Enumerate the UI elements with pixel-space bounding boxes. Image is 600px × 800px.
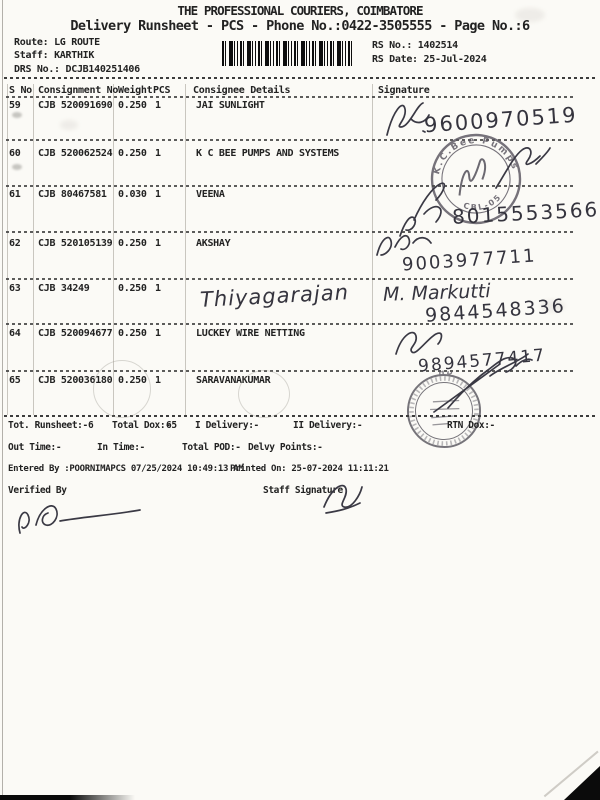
drs-line: DRS No.: DCJB140251406 bbox=[14, 64, 140, 76]
pencil-mark bbox=[12, 164, 22, 170]
dox-value: 65 bbox=[166, 421, 177, 432]
cell-consignee: VEENA bbox=[196, 189, 225, 201]
cell-sno: 63 bbox=[9, 283, 20, 295]
cell-weight: 0.250 bbox=[118, 238, 147, 250]
cell-weight: 0.250 bbox=[118, 100, 147, 112]
cell-consignment: CJB 520091690 bbox=[38, 100, 112, 112]
entered-by: Entered By :POORNIMAPCS 07/25/2024 10:49… bbox=[8, 464, 243, 474]
delivery2-label: II Delivery:- bbox=[293, 421, 362, 432]
stamp-ghost bbox=[238, 370, 290, 418]
runsheet-label: Tot. Runsheet:- bbox=[8, 421, 88, 432]
rs-no-value: 1402514 bbox=[418, 40, 458, 51]
cell-sno: 60 bbox=[9, 148, 20, 160]
page-subtitle: Delivery Runsheet - PCS - Phone No.:0422… bbox=[0, 19, 600, 35]
staff-signature-scribble bbox=[318, 477, 368, 517]
delvy-label: Delvy Points:- bbox=[248, 443, 322, 454]
verified-by-label: Verified By bbox=[8, 486, 67, 497]
table-border bbox=[33, 84, 34, 415]
cell-pcs: 1 bbox=[155, 148, 161, 160]
route-label: Route: bbox=[14, 37, 48, 48]
page-title: THE PROFESSIONAL COURIERS, COIMBATORE bbox=[0, 4, 600, 18]
col-signature: Signature bbox=[378, 85, 430, 97]
col-sno: S No bbox=[9, 85, 32, 97]
rs-no-line: RS No.: 1402514 bbox=[372, 40, 458, 52]
rs-date-line: RS Date: 25-Jul-2024 bbox=[372, 54, 486, 66]
rs-no-label: RS No.: bbox=[372, 40, 412, 51]
col-pcs: PCS bbox=[153, 85, 170, 97]
cell-sno: 62 bbox=[9, 238, 20, 250]
rtn-label: RTN Dox:- bbox=[447, 421, 495, 432]
cell-pcs: 1 bbox=[155, 189, 161, 201]
cell-weight: 0.250 bbox=[118, 148, 147, 160]
cell-sno: 61 bbox=[9, 189, 20, 201]
table-border bbox=[7, 84, 8, 415]
cell-consignee: K C BEE PUMPS AND SYSTEMS bbox=[196, 148, 339, 160]
cell-pcs: 1 bbox=[155, 238, 161, 250]
cell-consignment: CJB 520094677 bbox=[38, 328, 112, 340]
rs-date-value: 25-Jul-2024 bbox=[424, 54, 487, 65]
cell-consignee: LUCKEY WIRE NETTING bbox=[196, 328, 305, 340]
route-value: LG ROUTE bbox=[54, 37, 100, 48]
col-weight: Weight bbox=[118, 85, 152, 97]
cell-consignee: JAI SUNLIGHT bbox=[196, 100, 265, 112]
drs-label: DRS No.: bbox=[14, 64, 60, 75]
col-consignment: Consignment No bbox=[38, 85, 118, 97]
table-border bbox=[185, 84, 186, 415]
divider bbox=[4, 77, 596, 79]
row-divider bbox=[6, 323, 576, 325]
scan-smudge bbox=[60, 120, 78, 130]
row-divider bbox=[6, 96, 576, 98]
scan-edge-line bbox=[2, 0, 3, 800]
signature-scribble bbox=[428, 344, 536, 418]
verified-signature-scribble bbox=[12, 497, 144, 541]
staff-value: KARTHIK bbox=[54, 50, 94, 61]
staff-label: Staff: bbox=[14, 50, 48, 61]
runsheet-value: 6 bbox=[88, 421, 93, 432]
cell-pcs: 1 bbox=[155, 375, 161, 387]
cell-consignment: CJB 34249 bbox=[38, 283, 90, 295]
barcode bbox=[222, 41, 354, 66]
pencil-mark bbox=[12, 112, 22, 118]
cell-sno: 65 bbox=[9, 375, 20, 387]
staff-line: Staff: KARTHIK bbox=[14, 50, 94, 62]
cell-weight: 0.250 bbox=[118, 283, 147, 295]
page-fold-corner bbox=[564, 766, 600, 800]
cell-pcs: 1 bbox=[155, 283, 161, 295]
col-consignee: Consignee Details bbox=[193, 85, 290, 97]
row-divider bbox=[6, 231, 576, 233]
cell-sno: 59 bbox=[9, 100, 20, 112]
cell-weight: 0.250 bbox=[118, 328, 147, 340]
dox-label: Total Dox:- bbox=[112, 421, 171, 432]
scan-bottom-strip bbox=[0, 795, 135, 800]
cell-consignee: AKSHAY bbox=[196, 238, 230, 250]
scanned-delivery-runsheet: THE PROFESSIONAL COURIERS, COIMBATORE De… bbox=[0, 0, 600, 800]
stamp-ghost bbox=[93, 360, 151, 418]
row-divider bbox=[6, 185, 576, 187]
cell-pcs: 1 bbox=[155, 100, 161, 112]
cell-consignment: CJB 520105139 bbox=[38, 238, 112, 250]
out-time-label: Out Time:- bbox=[8, 443, 61, 454]
cell-sno: 64 bbox=[9, 328, 20, 340]
rs-date-label: RS Date: bbox=[372, 54, 418, 65]
handwritten-consignee: Thiyagarajan bbox=[199, 280, 349, 312]
in-time-label: In Time:- bbox=[97, 443, 145, 454]
cell-weight: 0.030 bbox=[118, 189, 147, 201]
route-line: Route: LG ROUTE bbox=[14, 37, 100, 49]
cell-consignment: CJB 520062524 bbox=[38, 148, 112, 160]
cell-consignment: CJB 80467581 bbox=[38, 189, 107, 201]
pod-label: Total POD:- bbox=[182, 443, 241, 454]
divider bbox=[4, 415, 596, 417]
delivery1-label: I Delivery:- bbox=[195, 421, 259, 432]
cell-pcs: 1 bbox=[155, 328, 161, 340]
printed-on: Printed On: 25-07-2024 11:11:21 bbox=[230, 464, 389, 474]
drs-value: DCJB140251406 bbox=[66, 64, 140, 75]
